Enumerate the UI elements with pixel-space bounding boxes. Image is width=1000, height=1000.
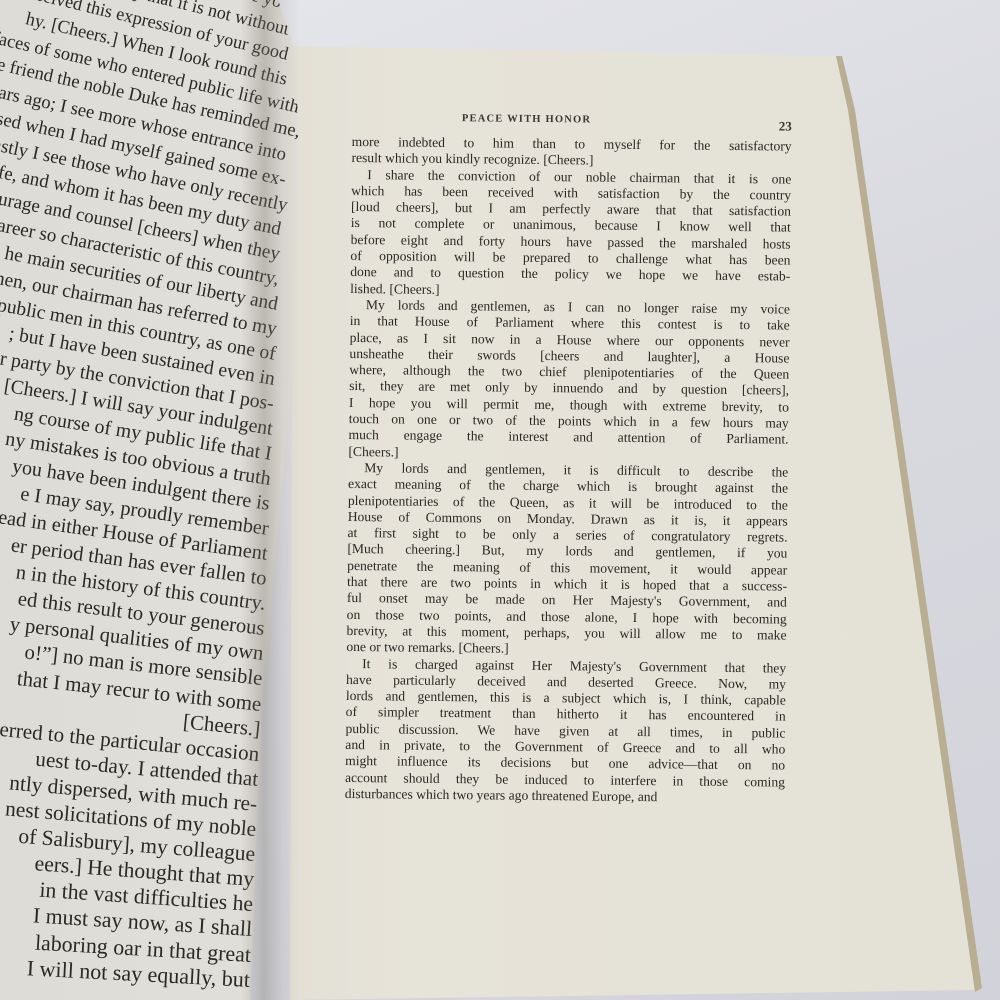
paragraph: I share the conviction of our noble chai… — [350, 167, 791, 302]
right-page-body: more indebted to him than to myself for … — [345, 134, 792, 807]
right-page-text: PEACE WITH HONOR 23 more indebted to him… — [345, 110, 792, 807]
paragraph: My lords and gentlemen, as I can no long… — [348, 297, 790, 465]
paragraph: more indebted to him than to myself for … — [351, 134, 791, 171]
page-number: 23 — [779, 118, 792, 134]
running-head: PEACE WITH HONOR 23 — [352, 110, 792, 139]
paragraph: My lords and gentlemen, it is difficult … — [346, 460, 788, 660]
running-title: PEACE WITH HONOR — [462, 111, 591, 129]
paragraph: It is charged against Her Majesty's Gove… — [345, 655, 787, 806]
left-page-text: LEMEN :—I am sure youn if I say that it … — [0, 0, 260, 992]
